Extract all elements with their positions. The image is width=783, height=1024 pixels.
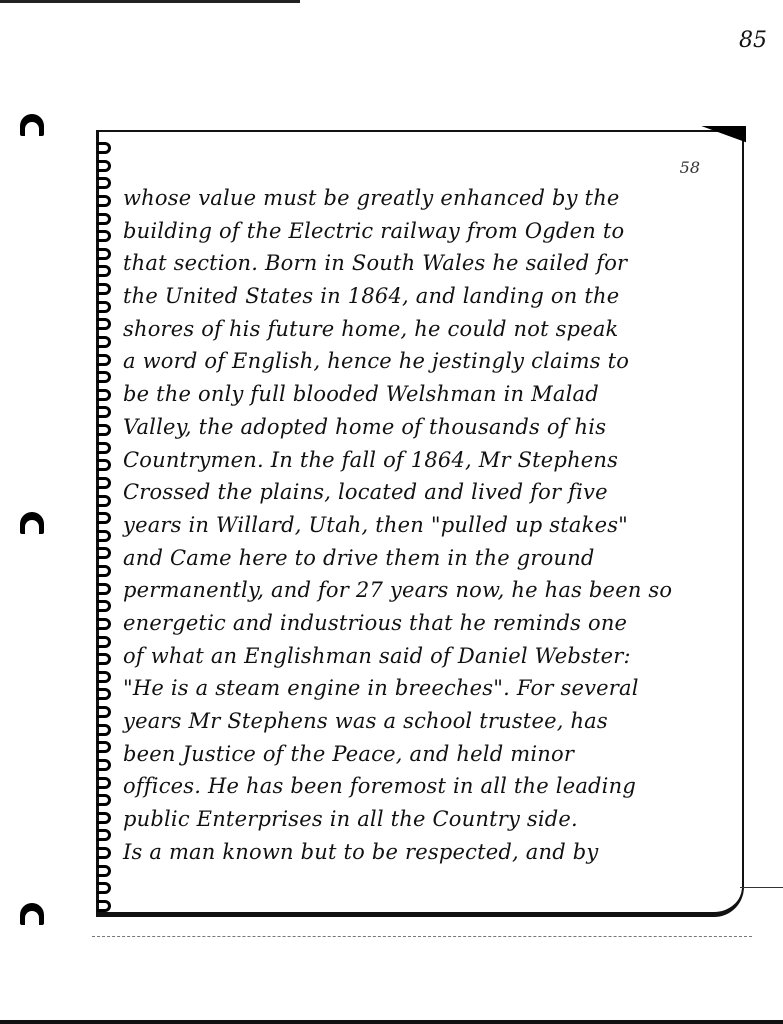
scan-bottom-edge xyxy=(0,1020,783,1024)
text-line: offices. He has been foremost in all the… xyxy=(123,770,734,803)
spiral-coil xyxy=(97,318,111,330)
spiral-coil xyxy=(97,265,111,277)
spiral-coil xyxy=(97,865,111,877)
spiral-coil xyxy=(97,389,111,401)
text-line: the United States in 1864, and landing o… xyxy=(123,280,734,313)
punch-hole xyxy=(20,114,44,136)
text-line: of what an Englishman said of Daniel Web… xyxy=(123,640,734,673)
text-line: Crossed the plains, located and lived fo… xyxy=(123,476,734,509)
text-line: that section. Born in South Wales he sai… xyxy=(123,247,734,280)
spiral-coil xyxy=(97,512,111,524)
spiral-coil xyxy=(97,424,111,436)
spiral-coil xyxy=(97,442,111,454)
notebook-page-id: 58 xyxy=(680,158,700,177)
handwritten-text: whose value must be greatly enhanced by … xyxy=(123,182,734,868)
spiral-coil xyxy=(97,354,111,366)
spiral-coil xyxy=(97,829,111,841)
spiral-coil xyxy=(97,371,111,383)
spiral-coil xyxy=(97,195,111,207)
spiral-coil xyxy=(97,724,111,736)
spiral-coil xyxy=(97,900,111,912)
text-line: been Justice of the Peace, and held mino… xyxy=(123,738,734,771)
spiral-coil xyxy=(97,565,111,577)
spiral-coil xyxy=(97,759,111,771)
notebook-page: 58 whose value must be greatly enhanced … xyxy=(96,130,744,917)
text-line: whose value must be greatly enhanced by … xyxy=(123,182,734,215)
text-line: be the only full blooded Welshman in Mal… xyxy=(123,378,734,411)
spiral-coil xyxy=(97,301,111,313)
text-line: permanently, and for 27 years now, he ha… xyxy=(123,574,734,607)
spiral-coil xyxy=(97,177,111,189)
spiral-coil xyxy=(97,547,111,559)
spiral-coil xyxy=(97,812,111,824)
text-line: Countrymen. In the fall of 1864, Mr Step… xyxy=(123,444,734,477)
spiral-coil xyxy=(97,688,111,700)
text-line: building of the Electric railway from Og… xyxy=(123,215,734,248)
spiral-coil xyxy=(97,671,111,683)
spiral-coil xyxy=(97,618,111,630)
spiral-coil xyxy=(97,653,111,665)
spiral-coil xyxy=(97,459,111,471)
spiral-coil xyxy=(97,741,111,753)
spiral-coil xyxy=(97,636,111,648)
spiral-coil xyxy=(97,477,111,489)
text-line: energetic and industrious that he remind… xyxy=(123,607,734,640)
spiral-coil xyxy=(97,283,111,295)
spiral-coil xyxy=(97,142,111,154)
spiral-coil xyxy=(97,600,111,612)
spiral-coil xyxy=(97,847,111,859)
text-line: Valley, the adopted home of thousands of… xyxy=(123,411,734,444)
scan-top-edge xyxy=(0,0,300,3)
spiral-coil xyxy=(97,406,111,418)
spiral-coil xyxy=(97,336,111,348)
spiral-coil xyxy=(97,530,111,542)
text-line: a word of English, hence he jestingly cl… xyxy=(123,345,734,378)
text-line: shores of his future home, he could not … xyxy=(123,313,734,346)
text-line: "He is a steam engine in breeches". For … xyxy=(123,672,734,705)
punch-hole xyxy=(20,512,44,534)
faint-rule-line xyxy=(92,936,752,938)
page-number: 85 xyxy=(739,28,767,53)
spiral-coil xyxy=(97,583,111,595)
spiral-coil xyxy=(97,248,111,260)
spiral-coil xyxy=(97,794,111,806)
spiral-coil xyxy=(97,230,111,242)
margin-mark xyxy=(740,887,783,888)
text-line: years Mr Stephens was a school trustee, … xyxy=(123,705,734,738)
text-line: public Enterprises in all the Country si… xyxy=(123,803,734,836)
spiral-binding xyxy=(97,142,119,912)
text-line: Is a man known but to be respected, and … xyxy=(123,836,734,869)
spiral-coil xyxy=(97,882,111,894)
spiral-coil xyxy=(97,495,111,507)
spiral-coil xyxy=(97,706,111,718)
spiral-coil xyxy=(97,213,111,225)
page-corner xyxy=(696,126,746,148)
spiral-coil xyxy=(97,777,111,789)
punch-hole xyxy=(20,903,44,925)
spiral-coil xyxy=(97,160,111,172)
text-line: years in Willard, Utah, then "pulled up … xyxy=(123,509,734,542)
text-line: and Came here to drive them in the groun… xyxy=(123,542,734,575)
